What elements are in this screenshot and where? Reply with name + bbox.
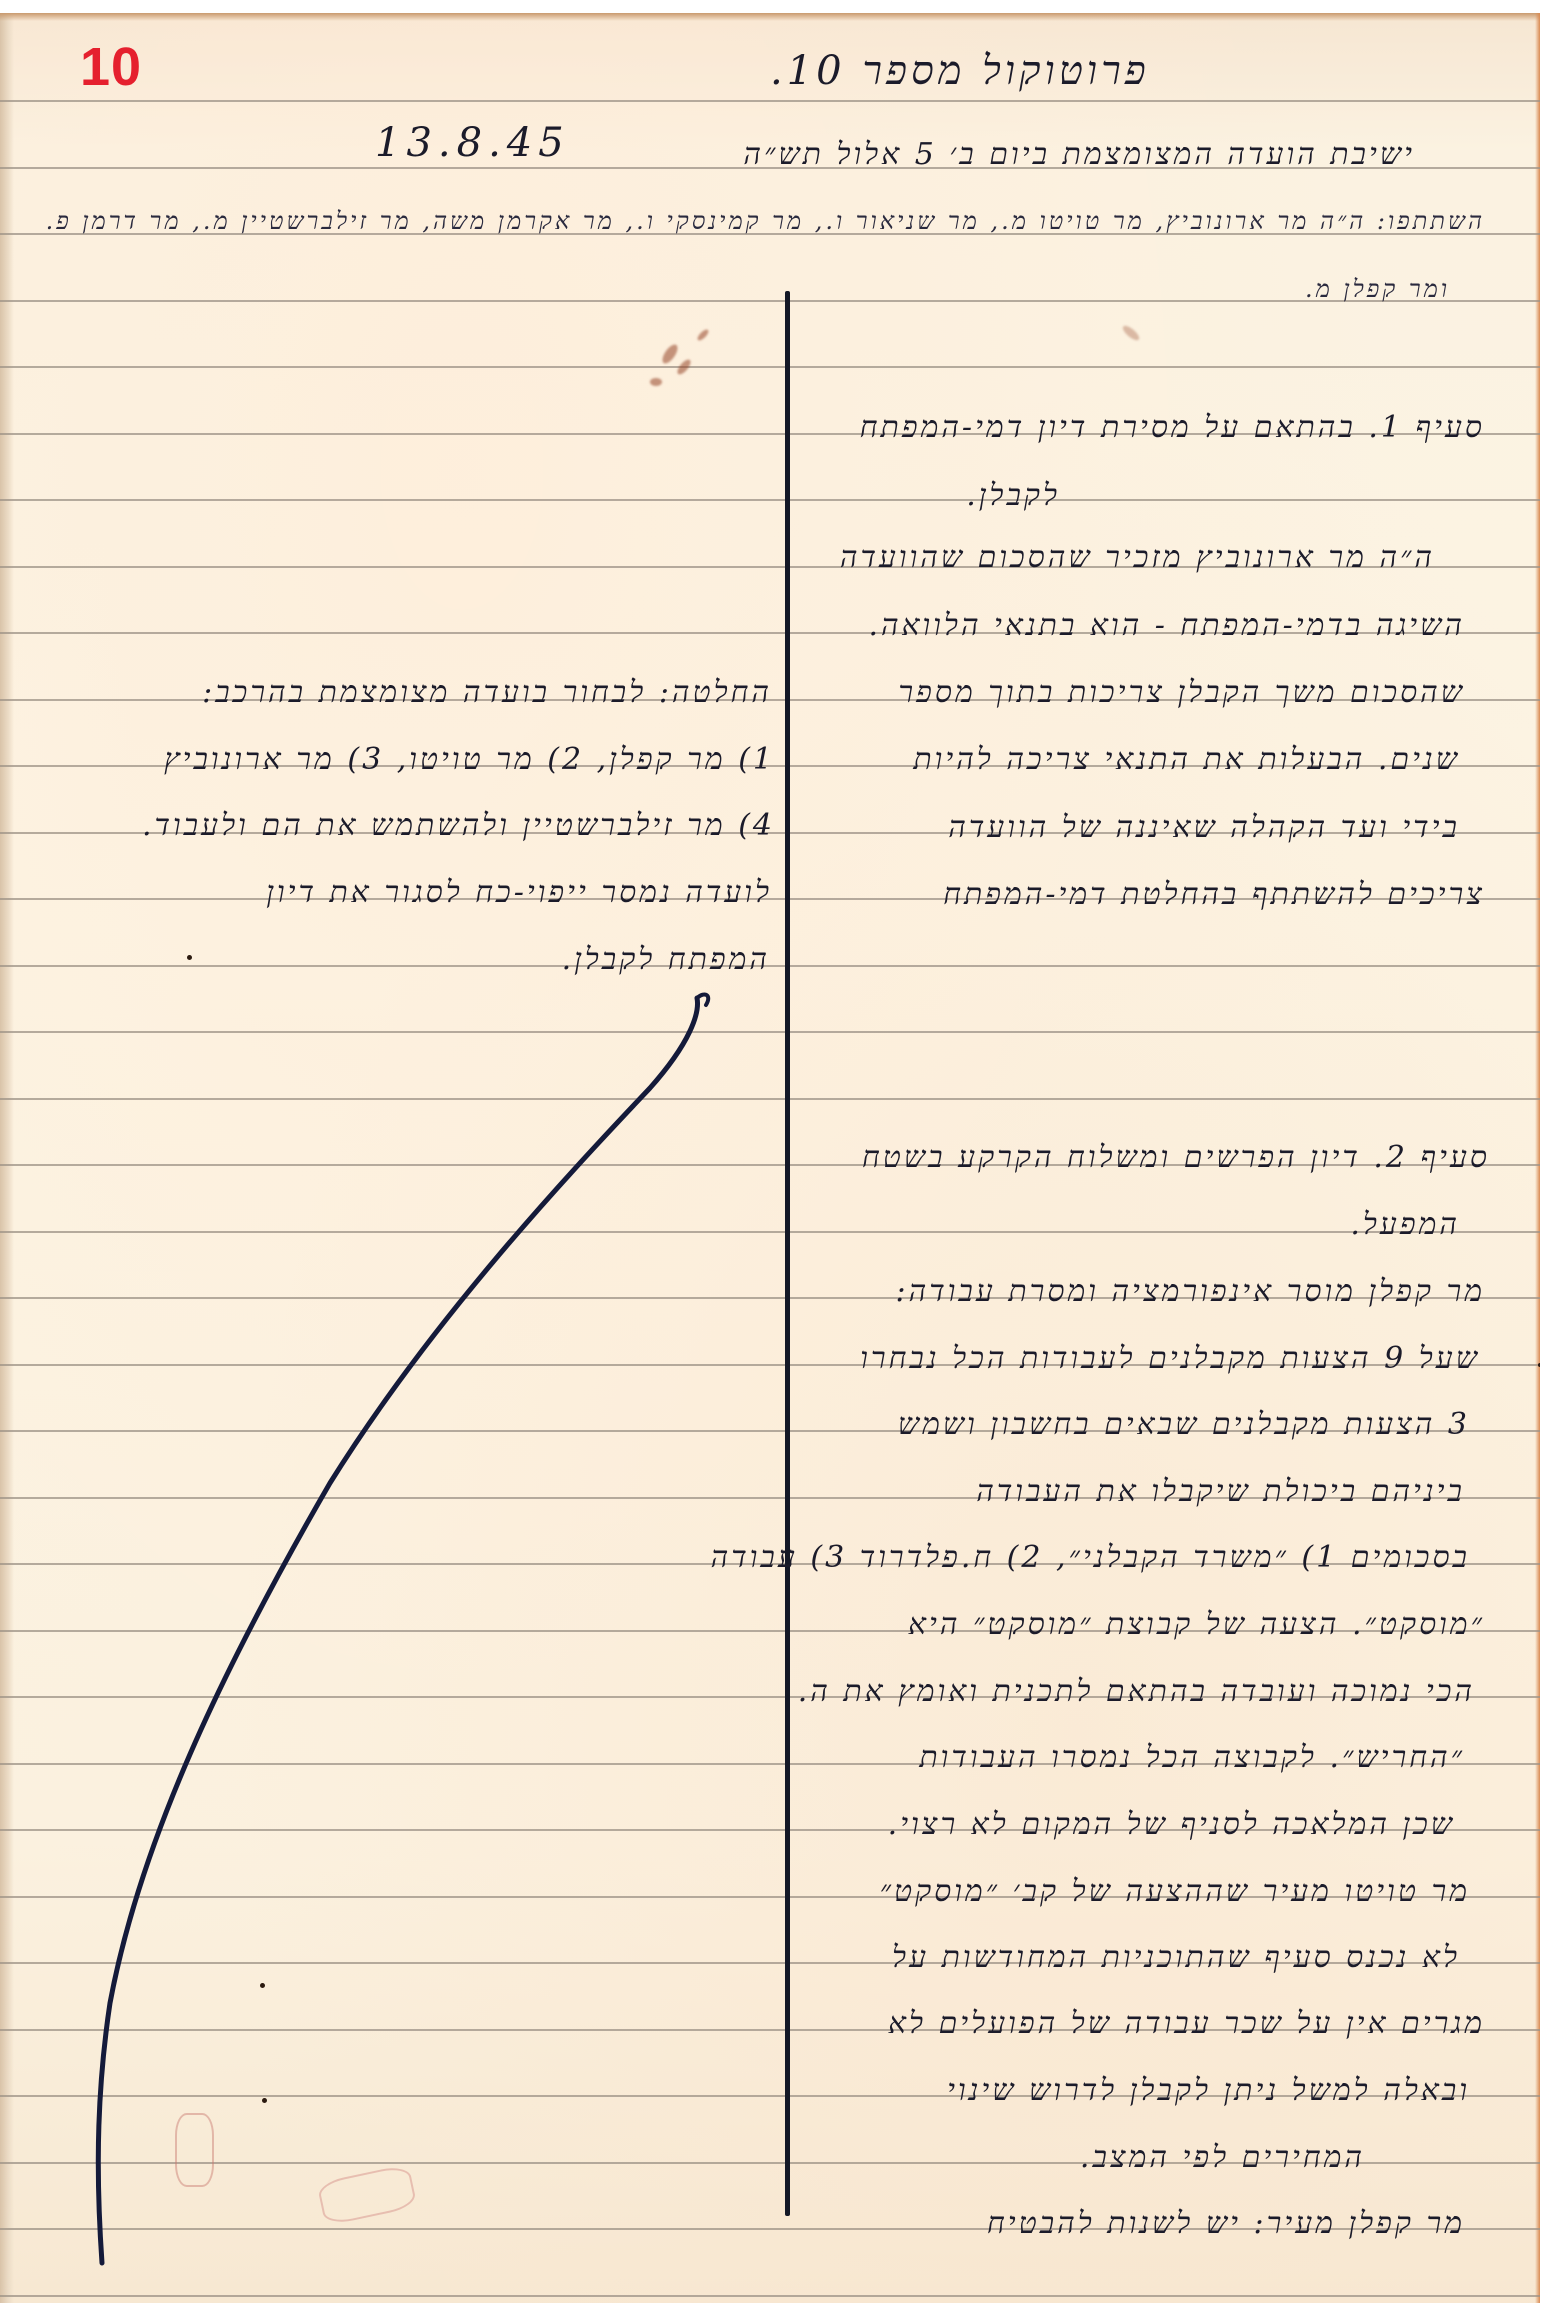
section-2-heading-continued: המפעל. [1350,1210,1460,1240]
ruled-line [0,1031,1540,1033]
decision-line: לועדה נמסר ייפוי-כח לסגור את דיון [266,878,772,908]
section-2-line: ביניהם ביכולת שיקבלו את העבודה [976,1477,1465,1507]
section-2-line: בסכומים 1) ״משרד הקבלני״, 2) ח.פלדרוד 3)… [711,1543,1470,1573]
section-2-line: מר קפלן מעיר: יש לשנות להבטיח [987,2209,1465,2239]
section-1-line: שנים. הבעלות את התנאי צריכה להיות [913,745,1460,775]
section-2-line: הכי נמוכה ועובדה בהתאם לתכנית ואומץ את ה… [798,1677,1475,1707]
section-2-line: שעל 9 הצעות מקבלנים לעבודות הכל נבחרו [860,1344,1480,1374]
date-gregorian: 13.8.45 [375,123,570,163]
ruled-line [0,1098,1540,1100]
paper-right-edge [1535,13,1540,2303]
ruled-line [0,100,1540,102]
ink-speck [1538,1363,1540,1367]
section-2-line: מר קפלן מוסר אינפורמציה ומסרת עבודה: [896,1277,1485,1307]
ink-speck [187,955,192,960]
section-2-line: מגרים אין על שכר עבודה של הפועלים לא [888,2009,1485,2039]
section-2-line: ובאלה למשל ניתן לקבלן לדרוש שינוי [947,2076,1470,2106]
ink-speck [260,1983,265,1988]
section-2-line: המחירים לפי המצב. [1080,2143,1365,2173]
ink-stain [650,378,662,386]
section-2-line: ״מוסקט״. הצעה של קבוצת ״מוסקט״ היא [908,1610,1485,1640]
ruled-line [0,366,1540,368]
notebook-page: 10 פרוטוקול מספר 10. 13.8.45 ישיבת הועדה… [0,13,1540,2303]
ruled-line [0,965,1540,967]
ink-stain [660,342,681,366]
ink-stain [1121,324,1141,343]
section-1-line: בידי ועד הקהלה שאיננה של הוועדה [948,813,1460,843]
decision-line: 1) מר קפלן, 2) מר טויטו, 3) מר ארונוביץ [164,745,775,775]
column-divider [785,291,790,2216]
section-2-line: שכן המלאכה לסניף של המקום לא רצוי. [888,1810,1455,1840]
attendees-line-continued: ומר קפלן מ. [1305,277,1450,301]
section-1-line: השיגה בדמי-המפתח - הוא בתנאי הלוואה. [868,611,1465,641]
section-2-line: ״החריש״. לקבוצה הכל נמסרו העבודות [919,1743,1465,1773]
section-1-line: ה״ה מר ארונוביץ מזכיר שהסכום שהוועדה [840,543,1435,573]
faint-stain [316,2164,417,2227]
section-1-heading: סעיף 1. בהתאם על מסירת דיון דמי-המפתח [860,413,1485,443]
section-1-line: צריכים להשתתף בהחלטת דמי-המפתח [943,880,1485,910]
page-number: 10 [80,40,142,94]
section-2-heading: סעיף 2. דיון הפרשים ומשלוח הקרקע בשטח [862,1143,1490,1173]
meeting-date-line: ישיבת הועדה המצומצמת ביום ב׳ 5 אלול תש״ה [743,140,1415,170]
decision-line: המפתח לקבלן. [562,945,770,975]
attendees-line: השתתפו: ה״ה מר ארונוביץ, מר טויטו מ., מר… [46,209,1485,233]
decision-line: החלטה: לבחור בועדה מצומצמת בהרכב: [202,678,772,708]
section-2-line: 3 הצעות מקבלנים שבאים בחשבון ושמש [898,1410,1470,1440]
protocol-title: פרוטוקול מספר 10. [770,51,1150,91]
ruled-line [0,2295,1540,2297]
decision-line: 4) מר זילברשטיין ולהשתמש את הם ולעבוד. [142,811,775,841]
section-2-line: לא נכנס סעיף שהתוכניות המחודשות על [892,1943,1460,1973]
ink-stain [696,328,710,342]
ruled-line [0,499,1540,501]
paper-top-edge [0,13,1540,21]
section-1-heading-continued: לקבלן. [966,481,1060,511]
ruled-line [0,1231,1540,1233]
ink-speck [262,2098,267,2103]
section-2-line: מר טויטו מעיר שההצעה של קב׳ ״מוסקט״ [880,1877,1470,1907]
section-1-line: שהסכום משך הקבלן צריכות בתוך מספר [898,678,1465,708]
faint-stain [175,2113,214,2187]
